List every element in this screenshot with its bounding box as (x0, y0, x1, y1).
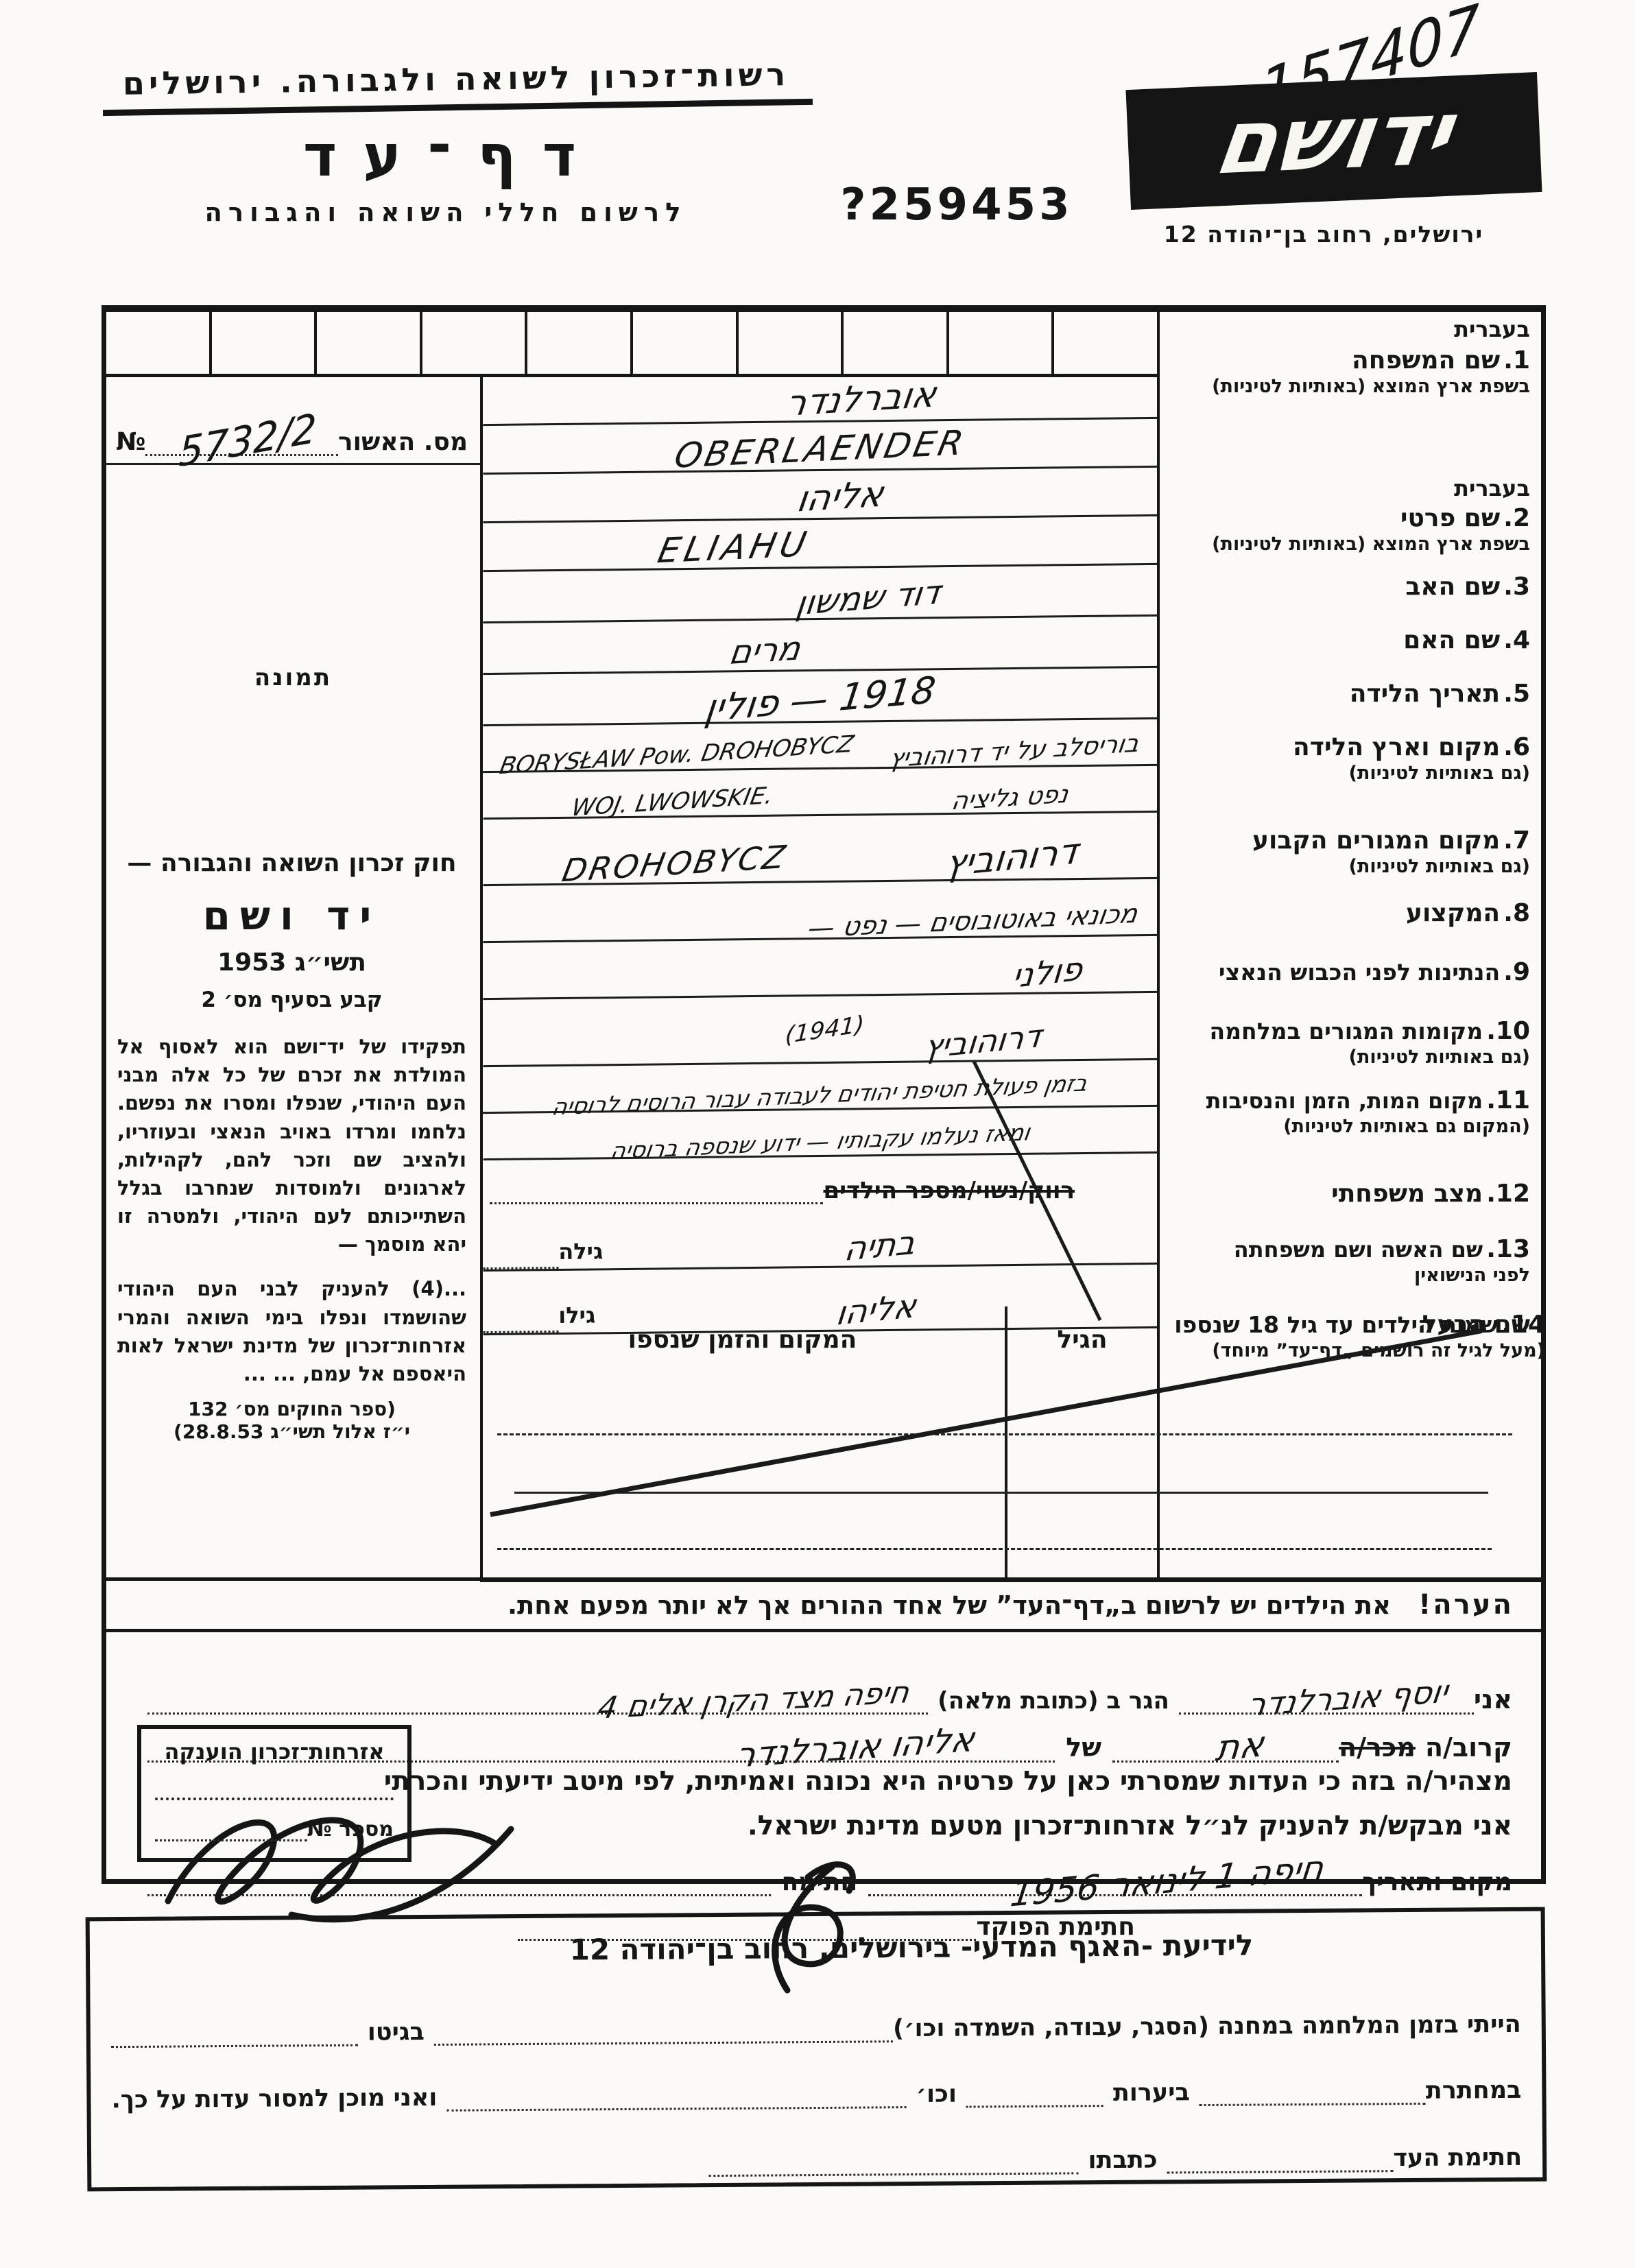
scientific-branch-box: לידיעת -האגף המדעי- בירושלים, רחוב בן־יה… (86, 1907, 1547, 2192)
yad-vashem-logo-text: ידושם (1119, 71, 1549, 206)
field-11-title: מקום המות, הזמן והנסיבות (1206, 1088, 1483, 1114)
tick-cell (1051, 312, 1157, 374)
field-9-label: 9. הנתינות לפני הכבוש הנאצי (1160, 954, 1541, 1013)
left-column: מס. האשור 5732/2 № תמונה חוק זכרון השואה… (106, 374, 480, 1577)
testimony-page-scan: רשות־זכרון לשואה ולגבורה. ירושלים דף־עד … (0, 0, 1635, 2268)
law-reference-1: (ספר החוקים מס׳ 132 (117, 1398, 466, 1420)
field-6-label: 6. מקום וארץ הלידה (גם באותיות לטיניות) (1160, 729, 1541, 822)
law-year: תשי״ג 1953 (117, 948, 466, 977)
field-12-number: 12. (1486, 1180, 1530, 1208)
residence-hebrew-hw: דרוהוביץ (943, 831, 1079, 885)
law-text-block: חוק זכרון השואה והגבורה — יד ושם תשי״ג 1… (106, 849, 480, 1576)
approval-number-label: מס. האשור (338, 428, 468, 456)
camp-blank (434, 2002, 894, 2046)
citizenship-hw: פולני (1010, 950, 1084, 996)
entry-death: בזמן פעולת חטיפת יהודים לעבודה עבור הרוס… (482, 1060, 1157, 1156)
wife-name-hw: בתיה (843, 1223, 918, 1269)
law-paragraph-1: תפקידו של יד־ושם הוא לאסוף אל המולדת את … (117, 1033, 466, 1258)
camp-label: הייתי בזמן המלחמה במחנה (הסגר, עבודה, הש… (893, 2011, 1521, 2042)
underground-forests-line: במחתרת ביערות וכו׳ ואני מוכן למסור עדות … (111, 2066, 1521, 2114)
tick-cell (841, 312, 946, 374)
witness-signature-line: חתימת העד כתבתו (708, 2133, 1522, 2177)
field-10-sub: (גם באותיות לטיניות) (1164, 1047, 1530, 1068)
tick-cell (420, 312, 525, 374)
note-prefix: הערה! (1418, 1589, 1514, 1621)
field-4-label: 4. שם האם (1160, 622, 1541, 676)
entry-birthplace-line1: בוריסלב על יד דרוהוביץ BORYSŁAW Pow. DRO… (482, 719, 1157, 773)
citizenship-number-label: מספר № (307, 1817, 394, 1841)
given-name-hebrew-hw: אליהו (794, 474, 886, 521)
tick-box-strip (106, 312, 1157, 377)
field-2-label: בעברית 2. שם פרטי בשפת ארץ המוצא (באותיו… (1160, 471, 1541, 569)
declarant-label: אני (1474, 1684, 1512, 1715)
field-5-label: 5. תאריך הלידה (1160, 676, 1541, 729)
field-7-number: 7. (1503, 826, 1530, 855)
tick-cell (946, 312, 1052, 374)
children-row-line-1 (497, 1433, 1512, 1435)
note-row: הערה! את הילדים יש לרשום ב„דף־העד” של אח… (106, 1577, 1541, 1632)
field-9-number: 9. (1503, 958, 1530, 986)
yad-vashem-logo: ידושם (1125, 72, 1542, 210)
field-1-label: בעברית 1. שם המשפחה בשפת ארץ המוצא (באות… (1160, 312, 1541, 471)
entry-column: אוברלנדר OBERLAENDER אליהו ELIAHU דוד שמ… (483, 374, 1157, 1306)
children-row-line-3 (497, 1548, 1492, 1550)
ghetto-label: בגיטו (368, 2018, 425, 2046)
field-5-number: 5. (1503, 680, 1530, 708)
field-1-lang: בעברית (1164, 316, 1530, 342)
witness-signature-blank (1167, 2132, 1393, 2173)
field-2-number: 2. (1503, 504, 1530, 532)
entry-wife: בתיה גילה (483, 1201, 1158, 1272)
of-label: של (1066, 1732, 1101, 1763)
relation-blank: את (1112, 1712, 1339, 1763)
etc-label: וכו׳ (916, 2081, 957, 2108)
field-10-label: 10. מקומות המגורים במלחמה (גם באותיות לט… (1160, 1013, 1541, 1082)
field-8-number: 8. (1503, 899, 1530, 927)
approval-number-row: מס. האשור 5732/2 № (106, 374, 480, 465)
entry-war-residence: דרוהוביץ (1941) (483, 993, 1158, 1067)
photo-label: תמונה (106, 664, 480, 691)
war-residence-hw: דרוהוביץ (922, 1017, 1043, 1065)
law-paragraph-2: ‏...(4) להעניק לבני העם היהודי שהושמדו ו… (117, 1275, 466, 1388)
relative-label: קרוב/ה (1425, 1732, 1512, 1763)
forests-label: ביערות (1113, 2079, 1190, 2107)
form-title: דף־עד (213, 122, 693, 189)
citizenship-blank-line (155, 1765, 394, 1800)
field-8-label: 8. המקצוע (1160, 895, 1541, 954)
citizenship-number-blank (155, 1798, 307, 1841)
wife-age-label: גילה (558, 1238, 603, 1265)
citizenship-granted-title: אזרחות־זכרון הוענקה (155, 1739, 394, 1765)
scientific-branch-title: לידיעת -האגף המדעי- בירושלים, רחוב בן־יה… (186, 1926, 1635, 1970)
acquaintance-label-struck: מכר/ה (1339, 1732, 1416, 1763)
entry-death-line1: בזמן פעולת חטיפת יהודים לעבודה עבור הרוס… (482, 1060, 1157, 1114)
forests-blank (966, 2066, 1103, 2108)
form-subtitle: לרשום חללי השואה והגבורה (147, 198, 744, 227)
tick-cell (525, 312, 630, 374)
witness-address-label: כתבתו (1088, 2147, 1157, 2175)
et-hw: את (1213, 1724, 1266, 1770)
children-col-place: המקום והזמן שנספו (480, 1326, 1005, 1354)
entry-birthdate: 1918 — פולין (483, 668, 1158, 726)
father-name-hw: דוד שמשון (793, 573, 942, 623)
field-10-number: 10. (1486, 1017, 1530, 1045)
main-form-box: מס. האשור 5732/2 № תמונה חוק זכרון השואה… (102, 305, 1546, 1884)
place-date-blank: חיפה 1 לינואר 1956 (868, 1846, 1362, 1896)
field-13-number: 13. (1486, 1235, 1530, 1263)
field-2-lang: בעברית (1164, 475, 1530, 501)
mother-name-hw: מרים (727, 630, 804, 672)
given-name-latin-hw: ELIAHU (654, 524, 813, 571)
entry-father: דוד שמשון (483, 565, 1158, 623)
citizenship-number-row: מספר № (155, 1800, 394, 1841)
family-name-hebrew-hw: אוברלנדר (783, 374, 939, 425)
field-8-title: המקצוע (1406, 899, 1500, 927)
law-clause: קבע בסעיף מס׳ 2 (117, 988, 466, 1012)
entry-profession: מכונאי באוטובוסים — נפט — (483, 879, 1158, 943)
approval-number-blank: 5732/2 (145, 372, 338, 456)
war-year-hw: (1941) (785, 1011, 866, 1050)
children-field-sub: (מעל לגיל זה רושמים „דף־עד” מיוחד) (1164, 1340, 1545, 1361)
field-6-title: מקום וארץ הלידה (1293, 733, 1500, 761)
underground-label: במחתרת (1426, 2077, 1522, 2105)
field-7-title: מקום המגורים הקבוע (1252, 826, 1500, 855)
declarant-address-blank: חיפה מצד הקרן אלים 4 (147, 1664, 928, 1715)
field-6-number: 6. (1503, 733, 1530, 761)
underground-blank (1200, 2064, 1426, 2106)
photo-area: תמונה (106, 465, 480, 849)
serial-number-stamp: ?259453 (792, 180, 1121, 230)
field-10-title: מקומות המגורים במלחמה (1209, 1018, 1483, 1045)
field-7-sub: (גם באותיות לטיניות) (1164, 856, 1530, 877)
entry-birthplace: בוריסלב על יד דרוהוביץ BORYSŁAW Pow. DRO… (482, 719, 1157, 815)
children-field-number: 14. (1501, 1311, 1545, 1339)
tick-cell (736, 312, 842, 374)
field-2-title: שם פרטי (1400, 504, 1500, 532)
approval-no-symbol: № (116, 428, 145, 456)
field-3-number: 3. (1503, 573, 1530, 601)
law-heading: חוק זכרון השואה והגבורה — (117, 849, 466, 877)
entry-family-latin: OBERLAENDER (483, 419, 1158, 475)
etc-blank (446, 2068, 907, 2112)
children-row-line-2 (514, 1492, 1488, 1494)
field-12-label: 12. מצב משפחתי (1160, 1175, 1541, 1231)
field-7-label: 7. מקום המגורים הקבוע (גם באותיות לטיניו… (1160, 822, 1541, 895)
wife-age-blank (483, 1205, 559, 1269)
field-6-sub: (גם באותיות לטיניות) (1164, 763, 1530, 784)
authority-underline (103, 99, 813, 116)
field-13-sub: לפני הנישואין (1164, 1265, 1530, 1286)
family-name-latin-hw: OBERLAENDER (671, 422, 969, 475)
witness-address-blank (708, 2134, 1079, 2177)
entry-mother: מרים (483, 617, 1158, 675)
field-13-label: 13. שם האשה ושם משפחתה לפני הנישואין (1160, 1231, 1541, 1297)
field-11-sub: (המקום גם באותיות לטיניות) (1164, 1116, 1530, 1137)
field-12-title: מצב משפחתי (1331, 1180, 1483, 1208)
residence-latin-hw: DROHOBYCZ (559, 838, 790, 889)
field-3-title: שם האב (1405, 573, 1500, 601)
place-date-label: מקום ותאריך (1362, 1868, 1512, 1896)
field-4-title: שם האם (1403, 626, 1500, 654)
field-4-number: 4. (1503, 626, 1530, 654)
children-table: 14. שמות הילדים עד גיל 18 שנספו (מעל לגי… (480, 1306, 1541, 1582)
declarant-name-blank: יוסף אוברלנדר (1179, 1664, 1474, 1715)
field-5-title: תאריך הלידה (1350, 680, 1500, 708)
tick-cell (314, 312, 420, 374)
entry-residence: דרוהוביץ DROHOBYCZ (482, 809, 1157, 886)
field-2-sub: בשפת ארץ המוצא (באותיות לטיניות) (1164, 534, 1530, 555)
ready-to-testify-label: ואני מוכן למסור עדות על כך. (111, 2084, 437, 2114)
entry-given-hebrew: אליהו (483, 468, 1158, 523)
note-text: את הילדים יש לרשום ב„דף־העד” של אחד ההור… (508, 1590, 1391, 1620)
field-9-title: הנתינות לפני הכבוש הנאצי (1219, 959, 1500, 986)
logo-address: ירושלים, רחוב בן־יהודה 12 (1097, 221, 1550, 248)
birth-date-hw: 1918 — פולין (702, 669, 938, 730)
authority-title: רשות־זכרון לשואה ולגבורה. ירושלים (103, 56, 810, 102)
field-1-title: שם המשפחה (1352, 346, 1500, 374)
field-13-title: שם האשה ושם משפחתה (1234, 1237, 1483, 1263)
witness-signature-label: חתימת העד (1393, 2144, 1522, 2172)
resides-label: הגר ב (כתובת מלאה) (938, 1687, 1169, 1715)
children-cancel-stroke (490, 1328, 1482, 1517)
field-1-number: 1. (1503, 346, 1530, 374)
tick-cell (630, 312, 736, 374)
citizenship-granted-box: אזרחות־זכרון הוענקה מספר № (137, 1725, 411, 1862)
entry-marital: רווק/נשוי/מספר הילדים (483, 1153, 1157, 1204)
entry-citizenship: פולני (483, 936, 1158, 1000)
children-col-age: הגיל (1007, 1326, 1157, 1354)
field-3-label: 3. שם האב (1160, 569, 1541, 622)
declaration-identity-line: אני יוסף אוברלנדר הגר ב (כתובת מלאה) חיפ… (147, 1667, 1512, 1715)
field-11-number: 11. (1486, 1086, 1530, 1114)
law-reference-2: י״ז אלול תשי״ג 28.8.53) (117, 1420, 466, 1443)
tick-cell (209, 312, 315, 374)
law-name: יד ושם (117, 892, 466, 939)
entry-family-hebrew: אוברלנדר (483, 370, 1158, 426)
tick-cell (106, 312, 209, 374)
field-11-label: 11. מקום המות, הזמן והנסיבות (המקום גם ב… (1160, 1082, 1541, 1175)
ghetto-blank (111, 2006, 358, 2049)
camp-ghetto-line: הייתי בזמן המלחמה במחנה (הסגר, עבודה, הש… (111, 2000, 1521, 2048)
field-1-sub: בשפת ארץ המוצא (באותיות לטיניות) (1164, 376, 1530, 397)
entry-given-latin: ELIAHU (483, 516, 1158, 572)
field-label-column: בעברית 1. שם המשפחה בשפת ארץ המוצא (באות… (1160, 312, 1541, 1306)
